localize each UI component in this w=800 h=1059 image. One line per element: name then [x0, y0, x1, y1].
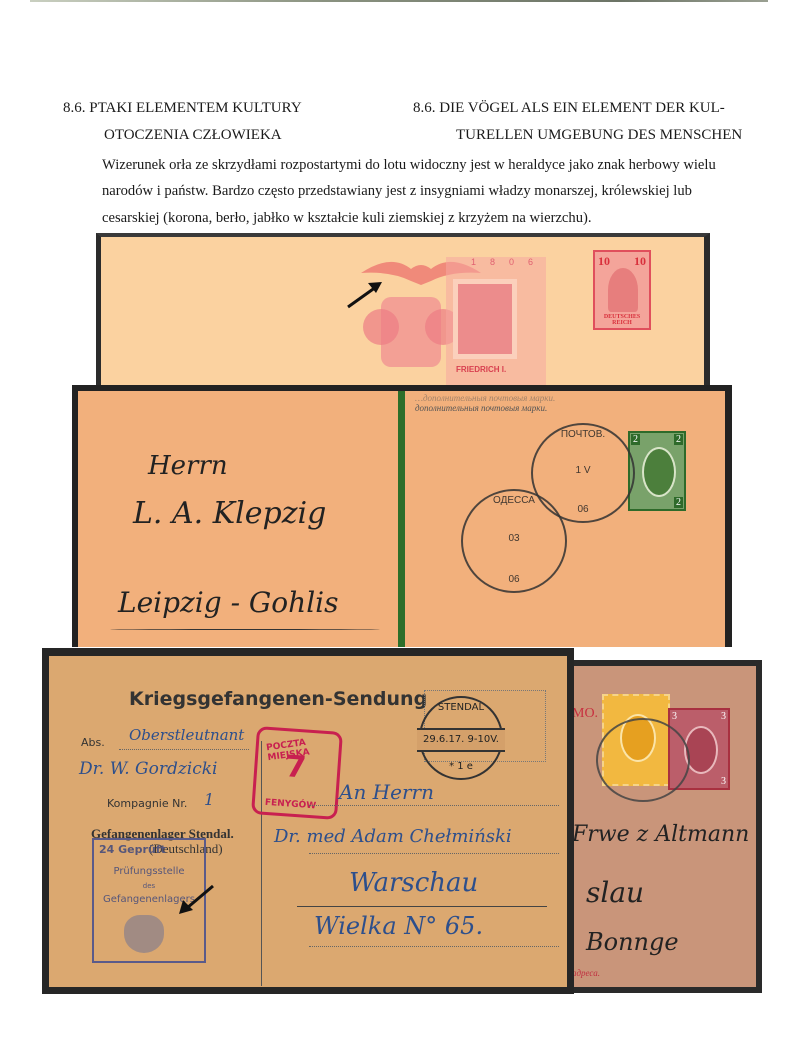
address-line: L. A. Klepzig [133, 496, 326, 531]
germania-stamp: 10 10 DEUTSCHES REICH [593, 250, 651, 330]
heading-de-line2: TURELLEN UMGEBUNG DES MENSCHEN [456, 127, 742, 144]
portrait-name: FRIEDRICH I. [456, 365, 506, 374]
paragraph-line: narodów i państw. Bardzo często przedsta… [102, 178, 762, 204]
kompagnie-value: 1 [204, 790, 214, 809]
arrow-icon [346, 279, 386, 309]
printed-prefix: МО. [572, 706, 598, 722]
german-envelope: 1806 FRIEDRICH I. 10 10 DEUTSCHES REICH [96, 233, 710, 385]
intro-paragraph: Wizerunek orła ze skrzydłami rozpostarty… [102, 152, 762, 231]
arrow-icon [175, 884, 215, 918]
sender-name: Dr. W. Gordzicki [79, 759, 217, 779]
dotted-line [309, 946, 559, 947]
stendal-postmark: STENDAL 29.6.17. 9-10V. * 1 e [419, 696, 503, 780]
paragraph-line: Wizerunek orła ze skrzydłami rozpostarty… [102, 152, 762, 178]
printed-footer: адреса. [572, 968, 600, 978]
dotted-line [119, 749, 249, 750]
heading-pl-line1: 8.6. PTAKI ELEMENTEM KULTURY [63, 100, 302, 117]
pow-postcard: Kriegsgefangenen-Sendung Abs. Oberstleut… [42, 648, 574, 994]
abs-value: Oberstleutnant [129, 726, 244, 744]
underline [110, 629, 380, 630]
paragraph-line: cesarskiej (korona, berło, jabłko w kszt… [102, 205, 762, 231]
heading-de-line1: 8.6. DIE VÖGEL ALS EIN ELEMENT DER KUL- [413, 100, 725, 117]
card-title: Kriegsgefangenen-Sendung [129, 688, 427, 710]
friedrich-portrait [453, 279, 517, 359]
russian-postcard: МО. 3 3 3 Frwe z Altmann slau Bonnge адр… [572, 660, 762, 993]
page-top-rule [30, 0, 768, 2]
address-line: Frwe z Altmann [572, 822, 749, 847]
address-line: Herrn [148, 451, 228, 481]
green-stripe [398, 391, 405, 647]
address-line: Leipzig - Gohlis [118, 586, 338, 619]
address-line: Bonnge [586, 928, 679, 956]
russian-wrapper: …дополнительныя почтовыя марки. дополнит… [72, 385, 732, 647]
address-line: Warschau [349, 868, 478, 898]
printed-notice: …дополнительныя почтовыя марки. дополнит… [415, 393, 555, 413]
germania-figure [608, 268, 638, 312]
dotted-line [309, 805, 559, 806]
address-line: Dr. med Adam Chełmiński [274, 826, 512, 847]
eagle-oval [642, 447, 676, 497]
address-line: An Herrn [339, 780, 434, 804]
eagle-emblem [124, 915, 164, 953]
dotted-line [309, 853, 559, 854]
coat-of-arms-ornament [351, 247, 551, 385]
heading-pl-line2: OTOCZENIA CZŁOWIEKA [104, 127, 282, 144]
postmark-cancel-2: ОДЕССА 03 06 [461, 489, 567, 593]
postmark-cancel [596, 718, 690, 802]
year-label: 1806 [471, 257, 547, 267]
russian-2-kop-stamp: 2 2 2 [628, 431, 686, 511]
kompagnie-label: Kompagnie Nr. [107, 797, 187, 810]
abs-label: Abs. [81, 736, 105, 749]
address-line: slau [586, 876, 644, 909]
address-line: Wielka N° 65. [314, 912, 483, 940]
solid-line [297, 906, 547, 907]
